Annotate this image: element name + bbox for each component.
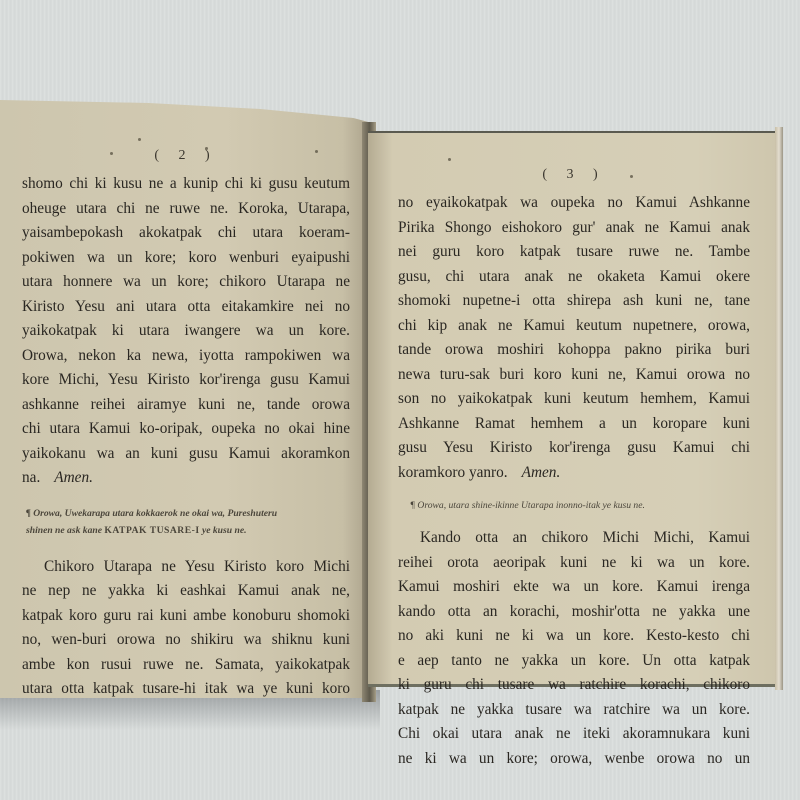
- text-line: shomo chi ki kusu ne a kunip chi ki gusu…: [22, 172, 350, 197]
- text-line: ambe kon rusui ruwe ne. Samata, yaikokat…: [22, 653, 350, 678]
- text-line: gusu Yesu Kiristo kor'irenga gusu Kamui …: [398, 436, 750, 461]
- rubric-line: ¶ Orowa, utara shine-ikinne Utarapa inon…: [410, 497, 750, 514]
- text-line: utara otta katpak tusare-hi itak wa ye k…: [22, 677, 350, 702]
- text-line: ne nep ne yakka ki eashkai Kamui anak ne…: [22, 579, 350, 604]
- paper-speck: [315, 150, 318, 153]
- text-line: newa turu-sak buri koro kuni ne, Kamui o…: [398, 363, 750, 388]
- text-line-end: koramkoro yanro.Amen.: [398, 461, 750, 486]
- paper-speck: [630, 175, 633, 178]
- text-line: tande orowa moshiri kohoppa pakno pirika…: [398, 338, 750, 363]
- text-line: Chi okai utara anak ne iteki akoramnukar…: [398, 722, 750, 747]
- text-line: shomoki nupetne-i otta shirepa ash kuni …: [398, 289, 750, 314]
- text-line: yaikokatpak ki utara iwangere wa un kore…: [22, 319, 350, 344]
- text-line: Pirika Shongo eishokoro gur' anak ne Kam…: [398, 216, 750, 241]
- text-line: no, wen-buri orowa no shikiru wa shiknu …: [22, 628, 350, 653]
- text-line: utara honnere wa un kore; chikoro Utarap…: [22, 270, 350, 295]
- paper-speck: [448, 158, 451, 161]
- text-line: Kiristo Yesu ani utara otta eitakamkire …: [22, 295, 350, 320]
- open-book: ( 2 ) shomo chi ki kusu ne a kunip chi k…: [0, 0, 800, 800]
- rubric-line: shinen ne ask kane KATPAK TUSARE-I ye ku…: [26, 522, 350, 539]
- text-fragment: na.: [22, 469, 40, 486]
- rubric-smallcaps: KATPAK TUSARE-I: [104, 525, 199, 536]
- text-line: ashkanne reihei airamye kuni ne, tande o…: [22, 393, 350, 418]
- text-line: Orowa, nekon ka newa, iyotta rampokiwen …: [22, 344, 350, 369]
- text-line: son no yaikokatpak kuni keutum hemhem, K…: [398, 387, 750, 412]
- paper-speck: [138, 138, 141, 141]
- page-number-left: ( 2 ): [22, 148, 350, 164]
- text-line: katpak ne yakka tusare wa ratchire wa un…: [398, 698, 750, 723]
- text-line: Kamui moshiri ekte wa un kore. Kamui ire…: [398, 575, 750, 600]
- text-line: no eyaikokatpak wa oupeka no Kamui Ashka…: [398, 191, 750, 216]
- text-line: gusu, chi utara anak ne okaketa Kamui ok…: [398, 265, 750, 290]
- paper-speck: [205, 147, 208, 150]
- text-line: chi kip anak ne Kamui keutum nupetnere, …: [398, 314, 750, 339]
- text-line: Chikoro Utarapa ne Yesu Kiristo koro Mic…: [22, 555, 350, 580]
- text-line: Kando otta an chikoro Michi Michi, Kamui: [398, 526, 750, 551]
- text-line: kore Michi, Yesu Kiristo kor'irenga gusu…: [22, 368, 350, 393]
- rubric-note-right: ¶ Orowa, utara shine-ikinne Utarapa inon…: [410, 497, 750, 514]
- text-line: ne ki wa un kore; orowa, wenbe orowa no …: [398, 747, 750, 772]
- text-line: kando otta an korachi, moshir'otta ne ya…: [398, 600, 750, 625]
- rubric-line: ¶ Orowa, Uwekarapa utara kokkaerok ne ok…: [26, 505, 350, 522]
- text-line: Ashkanne Ramat hemhem a un koropare kuni: [398, 412, 750, 437]
- text-fragment: koramkoro yanro.: [398, 464, 508, 481]
- text-line: oheuge utara chi ne ruwe ne. Koroka, Uta…: [22, 197, 350, 222]
- paper-speck: [110, 152, 113, 155]
- right-paragraph-1: no eyaikokatpak wa oupeka no Kamui Ashka…: [398, 191, 750, 485]
- right-paragraph-2: Kando otta an chikoro Michi Michi, Kamui…: [398, 526, 750, 771]
- page-number-right: ( 3 ): [398, 167, 750, 183]
- text-line: no aki kuni ne ki wa un kore. Kesto-kest…: [398, 624, 750, 649]
- text-line: yaisambepokash akokatpak chi utara koera…: [22, 221, 350, 246]
- text-line: katpak koro guru rai kuni ambe konoburu …: [22, 604, 350, 629]
- text-line: yaikokanu wa an kuni gusu Kamui akoramko…: [22, 442, 350, 467]
- text-line: nei guru koro katpak tusare ruwe ne. Tam…: [398, 240, 750, 265]
- page-edges: [775, 127, 783, 690]
- rubric-fragment: shinen ne ask kane: [26, 525, 102, 536]
- text-line: reihei orota aeoripak kuni ne ki wa un k…: [398, 551, 750, 576]
- text-line: e aep tanto ne yakka un kore. Un otta ka…: [398, 649, 750, 674]
- left-paragraph-1: shomo chi ki kusu ne a kunip chi ki gusu…: [22, 172, 350, 491]
- amen-text: Amen.: [522, 464, 561, 481]
- text-line-end: na.Amen.: [22, 466, 350, 491]
- left-page: ( 2 ) shomo chi ki kusu ne a kunip chi k…: [0, 100, 372, 698]
- text-line: chi utara Kamui ko-oripak, oupeka no oka…: [22, 417, 350, 442]
- right-page: ( 3 ) no eyaikokatpak wa oupeka no Kamui…: [368, 131, 778, 687]
- text-line: pokiwen wa un kore; koro wenburi eyaipus…: [22, 246, 350, 271]
- text-line: ki guru chi tusare wa ratchire korachi, …: [398, 673, 750, 698]
- rubric-note-left: ¶ Orowa, Uwekarapa utara kokkaerok ne ok…: [26, 505, 350, 539]
- amen-text: Amen.: [54, 469, 93, 486]
- rubric-fragment: ye kusu ne.: [202, 525, 247, 536]
